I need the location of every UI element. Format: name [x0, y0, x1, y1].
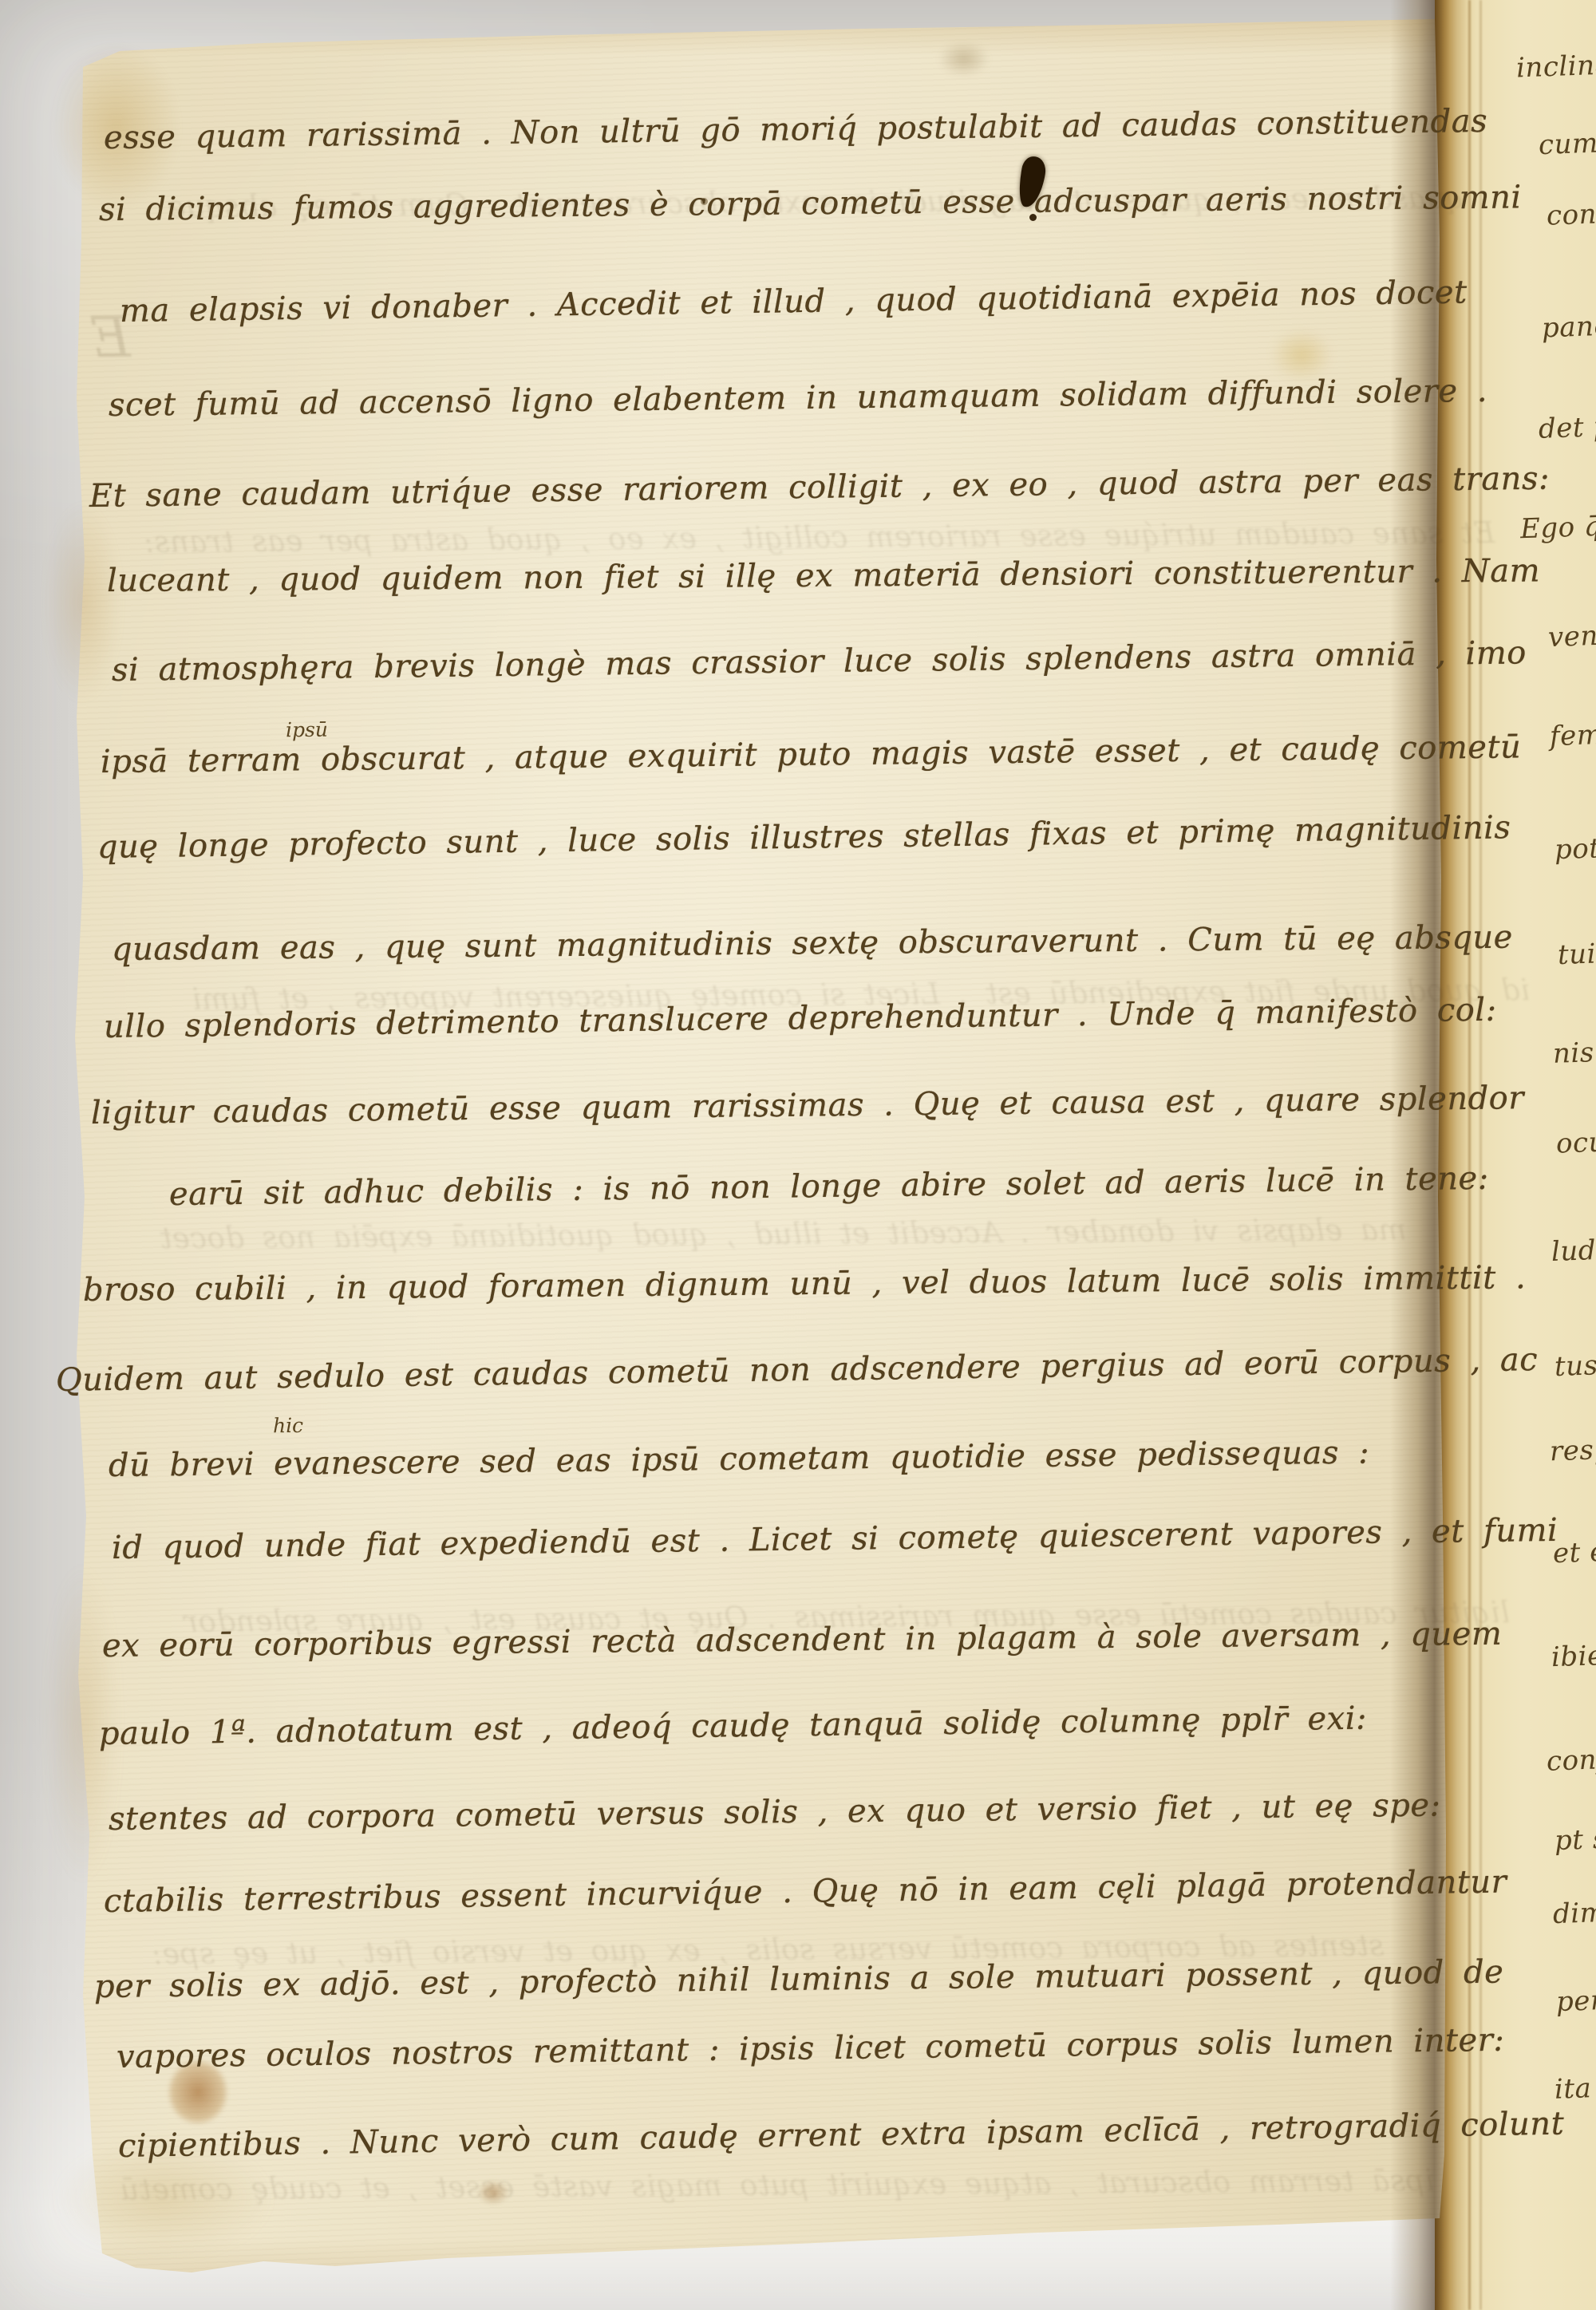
adjacent-page-text: resp [1549, 1434, 1596, 1468]
adjacent-page-text: ita [1554, 2072, 1592, 2106]
adjacent-page-text: tus. [1554, 1349, 1596, 1383]
adjacent-page-text: cum ni [1538, 126, 1596, 161]
manuscript-line: luceant , quod quidem non fiet si illę e… [107, 555, 1540, 597]
adjacent-page-text: confu [1546, 1743, 1596, 1777]
adjacent-page-text: ven [1547, 620, 1596, 654]
adjacent-page-text: et e [1552, 1536, 1596, 1570]
adjacent-page-text: Ego q̄ govi [1519, 508, 1596, 546]
adjacent-page-text: pt s [1554, 1823, 1596, 1857]
adjacent-page-text: pane [1541, 310, 1596, 345]
adjacent-page-text: lud [1551, 1234, 1596, 1268]
interlinear-insertion: ipsū [286, 718, 328, 742]
adjacent-page-text: dim [1552, 1897, 1596, 1930]
adjacent-page-text: nis [1552, 1037, 1594, 1070]
adjacent-page-text: pen [1555, 1984, 1596, 2018]
adjacent-page-text: conuenū [1546, 195, 1596, 231]
manuscript-photo: inclinabunt cum ni conuenū pane det pt E… [0, 0, 1596, 2310]
interlinear-insertion: hic [273, 1414, 303, 1437]
adjacent-page-text: fem [1549, 719, 1596, 752]
adjacent-page-text: inclinabunt [1515, 47, 1596, 85]
adjacent-page-text: ibie [1551, 1640, 1596, 1673]
adjacent-page-text: ocum [1555, 1125, 1596, 1159]
adjacent-page-text: det pt [1538, 410, 1596, 445]
adjacent-page-text: tuis [1557, 938, 1596, 971]
ink-blot-drip [1029, 214, 1037, 221]
adjacent-page-text: pott [1554, 832, 1596, 866]
